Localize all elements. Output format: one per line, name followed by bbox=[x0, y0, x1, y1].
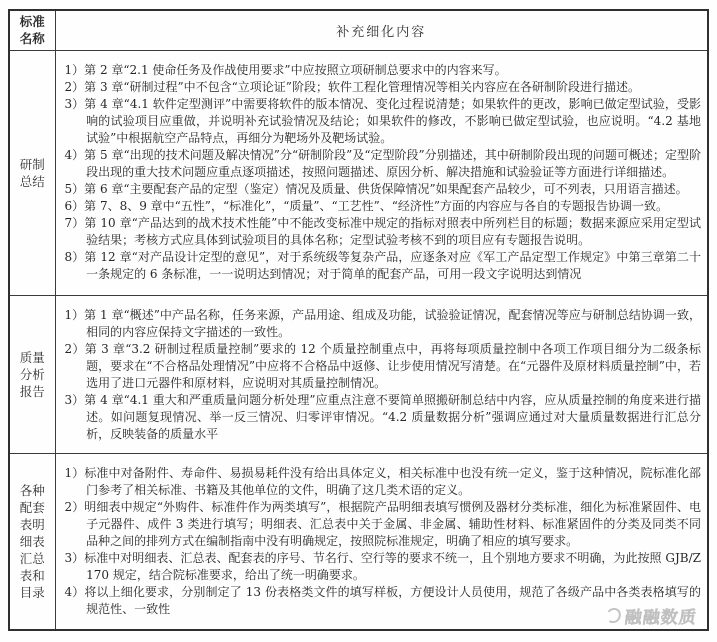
document-page: 标准名称 补充细化内容 研制总结1）第 2 章“2.1 使命任务及作战使用要求”… bbox=[0, 0, 717, 642]
content-item: 6）第 7、8、9 章中“五性”，“标准化”，“质量”、“工艺性”、“经济性”方… bbox=[65, 198, 702, 215]
refinement-content-cell: 1）标准中对备附件、寿命件、易损易耗件没有给出具体定义，相关标准中也没有统一定义… bbox=[55, 454, 708, 630]
standards-refinement-table: 标准名称 补充细化内容 研制总结1）第 2 章“2.1 使命任务及作战使用要求”… bbox=[8, 9, 709, 631]
header-standard-name: 标准名称 bbox=[9, 10, 55, 50]
standard-name-label: 各种配套表明细表汇总表和目录 bbox=[20, 482, 45, 601]
content-item: 3）标准中对明细表、汇总表、配套表的序号、节名行、空行等的要求不统一，且个别地方… bbox=[65, 550, 702, 584]
table-row: 质量分析报告1）第 1 章“概述”中产品名称，任务来源，产品用途、组成及功能，试… bbox=[9, 296, 708, 454]
content-item: 2）第 3 章“3.2 研制过程质量控制”要求的 12 个质量控制重点中，再将每… bbox=[65, 341, 702, 392]
refinement-content-cell: 1）第 1 章“概述”中产品名称，任务来源，产品用途、组成及功能，试验验证情况，… bbox=[55, 296, 708, 454]
standard-name-label: 研制总结 bbox=[20, 156, 45, 190]
content-item: 1）第 1 章“概述”中产品名称，任务来源，产品用途、组成及功能，试验验证情况，… bbox=[65, 307, 702, 341]
content-item: 3）第 4 章“4.1 重大和严重质量问题分析处理”应重点注意不要简单照搬研制总… bbox=[65, 392, 702, 443]
content-item: 7）第 10 章“产品达到的战术技术性能”中不能改变标准中规定的指标对照表中所列… bbox=[65, 215, 702, 249]
standard-name-label: 质量分析报告 bbox=[20, 349, 45, 400]
content-item: 3）第 4 章“4.1 软件定型测评”中需要将软件的版本情况、变化过程说清楚；如… bbox=[65, 96, 702, 147]
content-item: 2）第 3 章“研制过程”中不包含“立项论证”阶段；软件工程化管理情况等相关内容… bbox=[65, 79, 702, 96]
content-item: 2）明细表中规定“外购件、标准件作为两类填写”，根据院产品明细表填写惯例及器材分… bbox=[65, 499, 702, 550]
header-refinement-content: 补充细化内容 bbox=[55, 10, 708, 50]
content-item: 4）将以上细化要求，分别制定了 13 份表格类文件的填写样板，方便设计人员使用，… bbox=[65, 584, 702, 618]
table-row: 各种配套表明细表汇总表和目录1）标准中对备附件、寿命件、易损易耗件没有给出具体定… bbox=[9, 454, 708, 630]
content-item: 8）第 12 章“对产品设计定型的意见”，对于系统级等复杂产品，应逐条对应《军工… bbox=[65, 249, 702, 283]
standard-name-cell: 研制总结 bbox=[9, 50, 55, 296]
content-item: 1）标准中对备附件、寿命件、易损易耗件没有给出具体定义，相关标准中也没有统一定义… bbox=[65, 465, 702, 499]
standard-name-cell: 质量分析报告 bbox=[9, 296, 55, 454]
table-header-row: 标准名称 补充细化内容 bbox=[9, 10, 708, 50]
standard-name-cell: 各种配套表明细表汇总表和目录 bbox=[9, 454, 55, 630]
content-item: 5）第 6 章“主要配套产品的定型（鉴定）情况及质量、供货保障情况”如果配套产品… bbox=[65, 181, 702, 198]
content-item: 1）第 2 章“2.1 使命任务及作战使用要求”中应按照立项研制总要求中的内容来… bbox=[65, 62, 702, 79]
table-row: 研制总结1）第 2 章“2.1 使命任务及作战使用要求”中应按照立项研制总要求中… bbox=[9, 50, 708, 296]
content-item: 4）第 5 章“出现的技术问题及解决情况”分“研制阶段”及“定型阶段”分别描述，… bbox=[65, 147, 702, 181]
header-standard-name-label: 标准名称 bbox=[20, 13, 45, 47]
refinement-content-cell: 1）第 2 章“2.1 使命任务及作战使用要求”中应按照立项研制总要求中的内容来… bbox=[55, 50, 708, 296]
